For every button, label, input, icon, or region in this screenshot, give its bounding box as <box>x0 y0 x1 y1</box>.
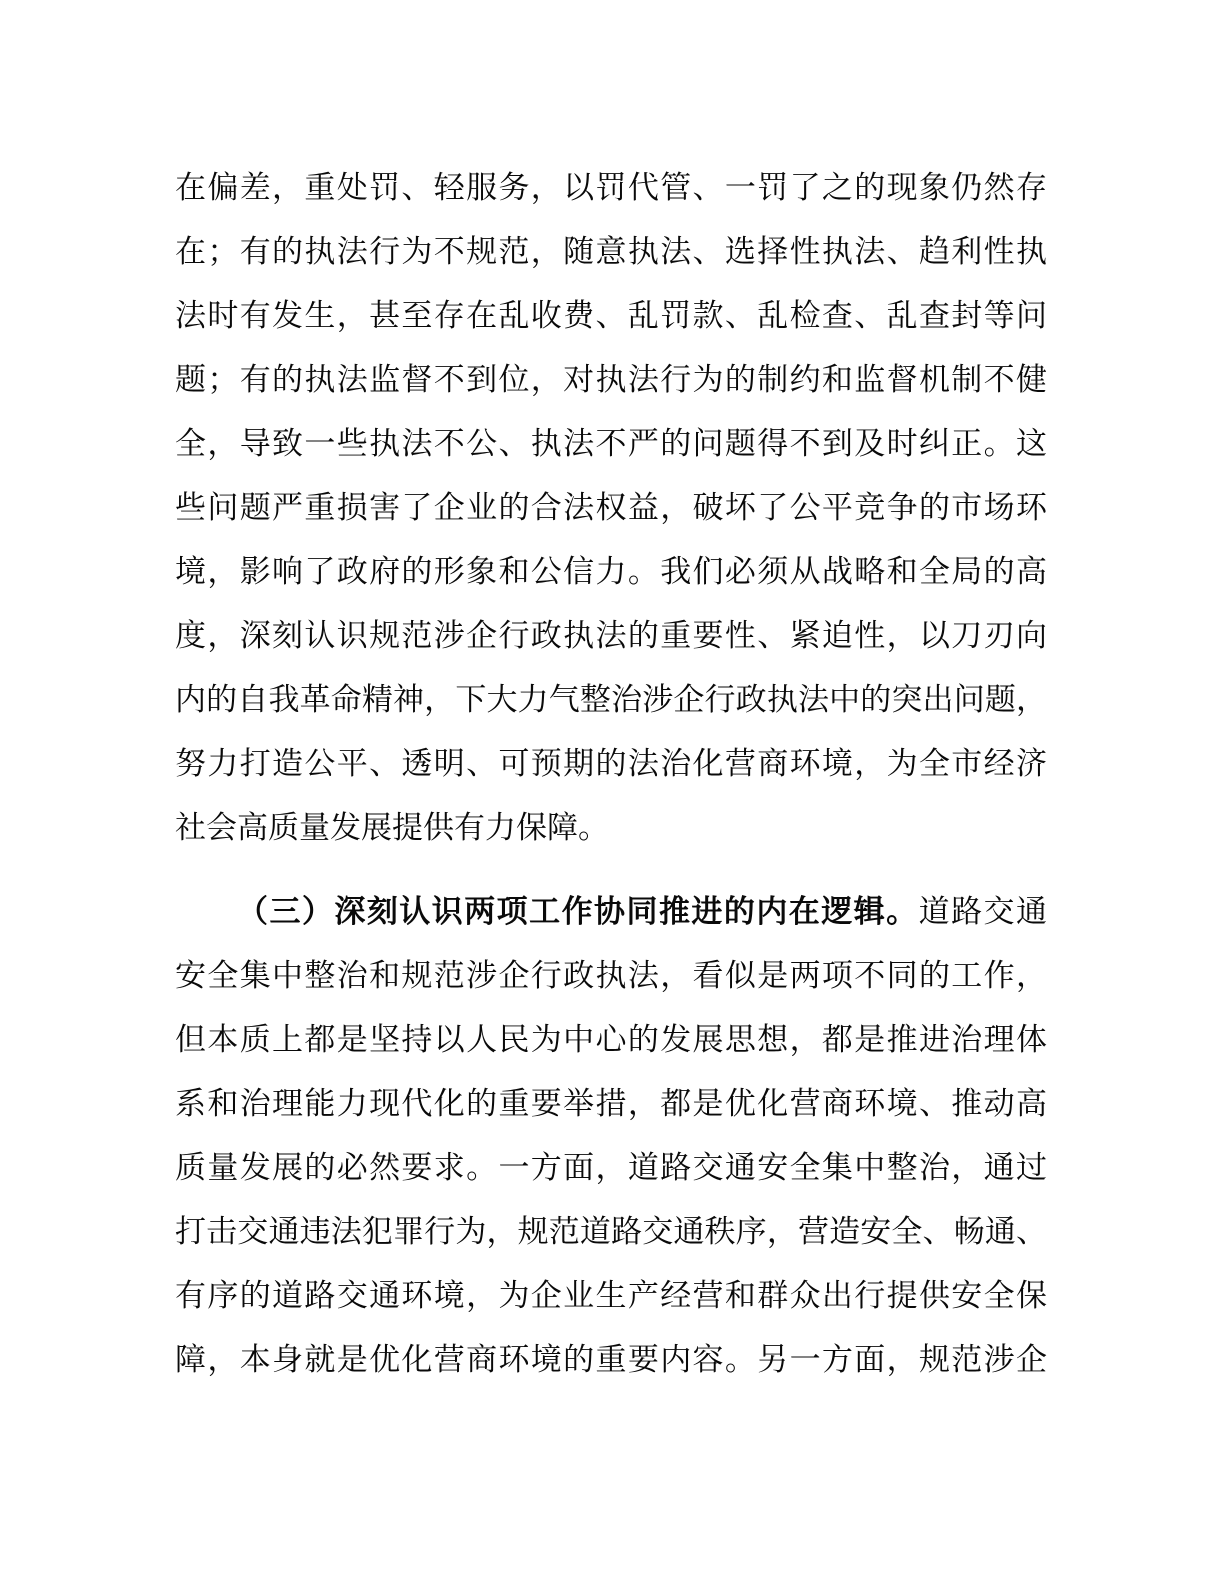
text-line: 度，深刻认识规范涉企行政执法的重要性、紧迫性，以刀刃向 <box>175 604 1047 668</box>
text-line: 质量发展的必然要求。一方面，道路交通安全集中整治，通过 <box>175 1136 1047 1200</box>
text-line: 全，导致一些执法不公、执法不严的问题得不到及时纠正。这 <box>175 412 1047 476</box>
text-line: 境，影响了政府的形象和公信力。我们必须从战略和全局的高 <box>175 540 1047 604</box>
body-paragraph-1: 在偏差，重处罚、轻服务，以罚代管、一罚了之的现象仍然存 在；有的执法行为不规范，… <box>175 156 1047 860</box>
text-line: 在偏差，重处罚、轻服务，以罚代管、一罚了之的现象仍然存 <box>175 156 1047 220</box>
text-line: 在；有的执法行为不规范，随意执法、选择性执法、趋利性执 <box>175 220 1047 284</box>
section-heading-line: （三）深刻认识两项工作协同推进的内在逻辑。道路交通 <box>175 880 1047 944</box>
text-line: 安全集中整治和规范涉企行政执法，看似是两项不同的工作， <box>175 944 1047 1008</box>
text-line: 些问题严重损害了企业的合法权益，破坏了公平竞争的市场环 <box>175 476 1047 540</box>
text-line: 努力打造公平、透明、可预期的法治化营商环境，为全市经济 <box>175 732 1047 796</box>
section-heading: （三）深刻认识两项工作协同推进的内在逻辑。 <box>237 894 919 929</box>
text-line: 但本质上都是坚持以人民为中心的发展思想，都是推进治理体 <box>175 1008 1047 1072</box>
text-line: 题；有的执法监督不到位，对执法行为的制约和监督机制不健 <box>175 348 1047 412</box>
section-paragraph-3: （三）深刻认识两项工作协同推进的内在逻辑。道路交通 安全集中整治和规范涉企行政执… <box>175 880 1047 1392</box>
text-line: 障，本身就是优化营商环境的重要内容。另一方面，规范涉企 <box>175 1328 1047 1392</box>
text-line: 打击交通违法犯罪行为，规范道路交通秩序，营造安全、畅通、 <box>175 1200 1047 1264</box>
document-page: 在偏差，重处罚、轻服务，以罚代管、一罚了之的现象仍然存 在；有的执法行为不规范，… <box>0 0 1224 1584</box>
text-line: 有序的道路交通环境，为企业生产经营和群众出行提供安全保 <box>175 1264 1047 1328</box>
section-heading-continuation: 道路交通 <box>919 894 1047 929</box>
text-line: 系和治理能力现代化的重要举措，都是优化营商环境、推动高 <box>175 1072 1047 1136</box>
text-line: 社会高质量发展提供有力保障。 <box>175 796 1047 860</box>
text-line: 法时有发生，甚至存在乱收费、乱罚款、乱检查、乱查封等问 <box>175 284 1047 348</box>
text-line: 内的自我革命精神，下大力气整治涉企行政执法中的突出问题， <box>175 668 1047 732</box>
